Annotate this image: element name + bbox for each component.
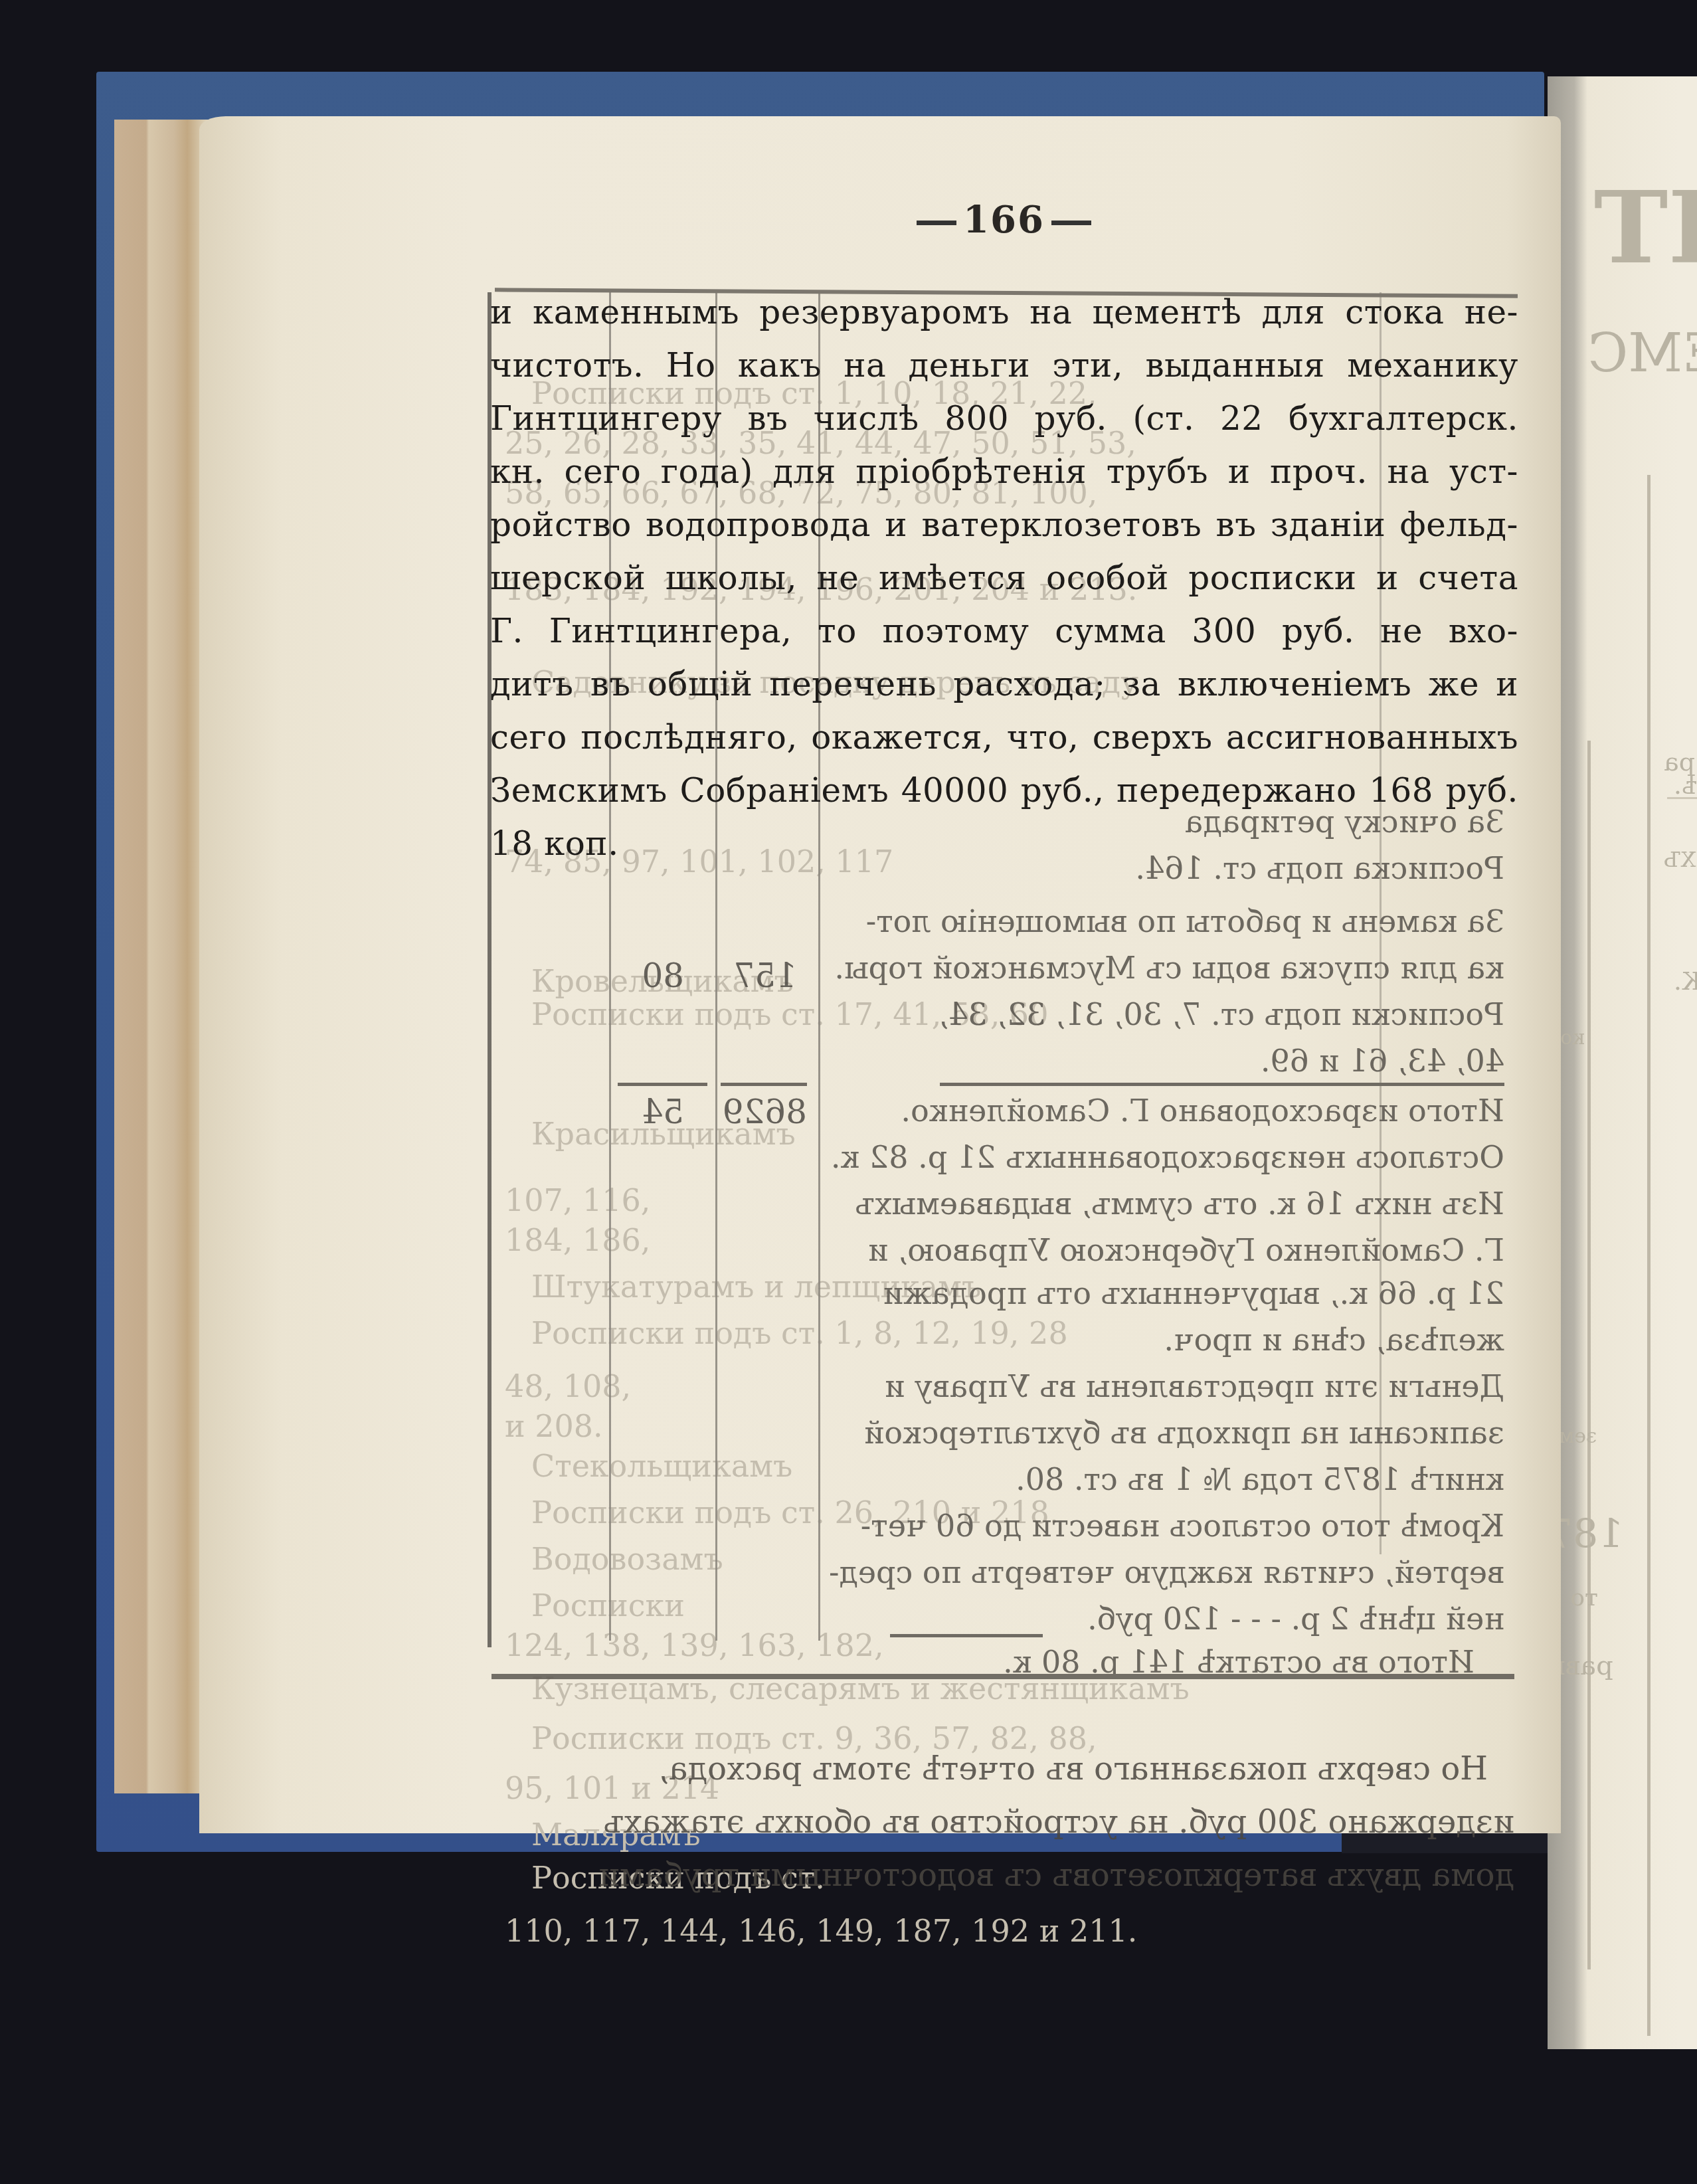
facing-page-edge: ЛТ ЗЕМС ра ѣ. ИХЪ К. кол земс 187 то 5 р…: [1548, 76, 1697, 2049]
bleed-table-row: ка для спуска воды съ Мусманской горы.: [834, 950, 1504, 986]
bleed-table-row: Росписки подъ ст. 7, 30, 31, 32, 34,: [938, 996, 1504, 1032]
bleed-sum-rule: [940, 1083, 1504, 1086]
bleed-table-row: Изъ нихъ 16 к. отъ суммъ, выдаваемыхъ: [855, 1186, 1504, 1222]
bleed-sum-rule: [890, 1634, 1043, 1637]
bleed-table-row: ней цѣнѣ 2 р. - - - 120 руб.: [1087, 1601, 1504, 1637]
facing-page-rule: [1647, 475, 1651, 2036]
body-paragraph: и каменнымъ резервуаромъ на цементѣ для …: [490, 286, 1518, 870]
facing-page-fragment: ЗЕМС: [1587, 322, 1697, 384]
bleed-table-row: За камень и работы по вымощенію лот-: [866, 903, 1504, 939]
bleed-table-row: записаны на приходъ въ бухгалтерской: [864, 1415, 1504, 1451]
bleed-paragraph-line: дома двухъ ватерклозетовъ съ водосточным…: [598, 1857, 1514, 1894]
bleed-bottom-rule: [491, 1674, 1514, 1679]
text-line: чистотъ. Но какъ на деньги эти, выданныя…: [490, 339, 1518, 392]
facing-page-fragment: ИХЪ: [1664, 847, 1697, 872]
bleed-table-row: желѣза, сѣна и проч.: [1164, 1322, 1504, 1358]
bleed-amount-rub: 8629: [723, 1093, 807, 1131]
bleed-sum-rule: [618, 1083, 707, 1086]
facing-page-fragment: К.: [1674, 966, 1697, 996]
text-line: 18 коп.: [490, 817, 1518, 870]
bleed-amount-kop: 54: [642, 1093, 684, 1131]
text-line: ройство водопровода и ватерклозетовъ въ …: [490, 498, 1518, 551]
bleed-table-row: вертей, считая каждую четверть по сред-: [829, 1554, 1504, 1590]
facing-page-fragment: ѣ.: [1674, 771, 1697, 800]
text-line: и каменнымъ резервуаромъ на цементѣ для …: [490, 286, 1518, 339]
bleed-table-row: 21 р. 66 к., вырученныхъ отъ продажи: [883, 1275, 1504, 1311]
text-line: Г. Гинтцингера, то поэтому сумма 300 руб…: [490, 604, 1518, 658]
page-number-dash: [917, 221, 956, 225]
bleed-table-row: Итого израсходовано Г. Самойленко.: [901, 1093, 1504, 1129]
text-line: Земскимъ Собраніемъ 40000 руб., передерж…: [490, 764, 1518, 817]
bleed-paragraph-line: Но сверхъ показаннаго въ отчетѣ этомъ ра…: [659, 1750, 1488, 1787]
text-line: дитъ въ общій перечень расхода; за включ…: [490, 658, 1518, 711]
text-line: шерской школы, не имѣется особой росписк…: [490, 551, 1518, 604]
bleed-table-row: Деньги эти представлены въ Управу и: [884, 1368, 1504, 1404]
bleed-table-row: Осталось неизрасходованныхъ 21 р. 82 к.: [831, 1139, 1504, 1175]
text-line: сего послѣдняго, окажется, что, сверхъ а…: [490, 711, 1518, 764]
bleed-sum-rule: [721, 1083, 807, 1086]
bleed-table-row: Кромѣ того осталось навести до 60 чет-: [861, 1508, 1504, 1544]
text-line: Гинтцингеру въ числѣ 800 руб. (ст. 22 бу…: [490, 392, 1518, 445]
bleed-table-row: 40, 43, 61 и 69.: [1261, 1043, 1504, 1079]
facing-page-fragment: ЛТ: [1594, 169, 1697, 286]
bleed-paragraph-line: издержано 300 руб. на устройство въ обои…: [603, 1803, 1514, 1841]
page-number: 166: [910, 198, 1098, 242]
page-number-value: 166: [963, 198, 1045, 242]
facing-page-rule: [1587, 741, 1591, 1969]
bleed-table-row: книгѣ 1875 года № 1 въ ст. 80.: [1016, 1461, 1504, 1497]
bleed-amount-kop: 80: [642, 956, 684, 995]
bleed-amount-rub: 157: [734, 956, 797, 995]
page-number-dash: [1051, 221, 1091, 225]
bleed-table-row: Г. Самойленко Губернскою Управою, и: [868, 1232, 1504, 1268]
text-line: кн. сего года) для пріобрѣтенія трубъ и …: [490, 445, 1518, 498]
